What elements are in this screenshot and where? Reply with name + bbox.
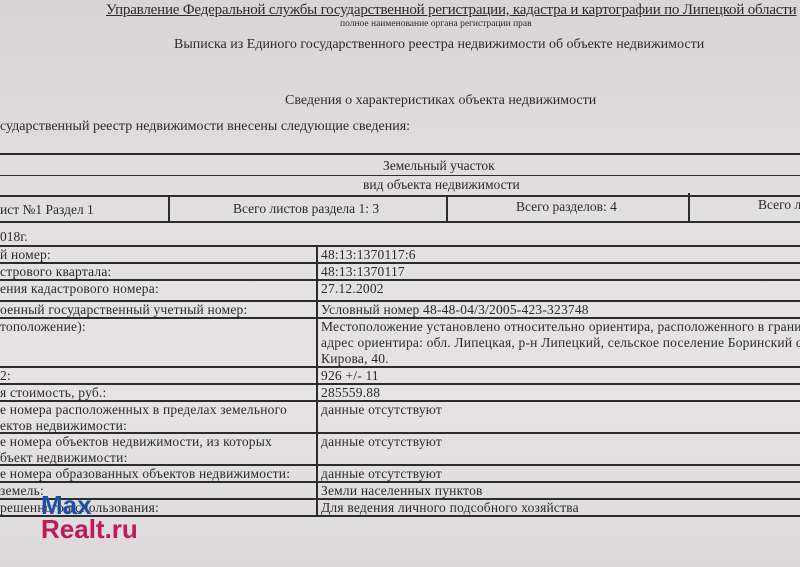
- watermark-logo: Max Realt.ru: [41, 493, 138, 541]
- row-value: Для ведения личного подсобного хозяйства: [321, 500, 579, 516]
- row-label: оенный государственный учетный номер:: [0, 302, 247, 318]
- section-title: Сведения о характеристиках объекта недви…: [285, 93, 596, 109]
- column-divider: [316, 400, 318, 432]
- agency-caption: полное наименование органа регистрации п…: [340, 19, 532, 29]
- column-divider: [316, 262, 318, 279]
- row-label: ения кадастрового номера:: [0, 281, 159, 297]
- column-divider: [316, 383, 318, 400]
- row-value: адрес ориентира: обл. Липецкая, р-н Липе…: [321, 335, 800, 351]
- row-label: 2:: [0, 368, 11, 384]
- row-label: й номер:: [0, 247, 51, 263]
- column-divider: [316, 481, 318, 498]
- row-label: тоположение):: [0, 319, 86, 335]
- sheet-number: ист №1 Раздел 1: [0, 202, 94, 218]
- row-value: Условный номер 48-48-04/3/2005-423-32374…: [321, 302, 589, 318]
- watermark-realt: Realt.ru: [41, 517, 138, 541]
- row-label: стрового квартала:: [0, 264, 112, 280]
- row-label: е номера образованных объектов недвижимо…: [0, 466, 290, 482]
- row-label: е номера расположенных в пределах земель…: [0, 402, 287, 418]
- row-value: данные отсутствуют: [321, 402, 442, 418]
- row-value: 48:13:1370117: [321, 264, 405, 280]
- column-divider: [316, 498, 318, 515]
- agency-name: Управление Федеральной службы государств…: [106, 2, 796, 19]
- date-fragment: 018г.: [0, 229, 28, 245]
- column-divider: [316, 300, 318, 317]
- column-divider: [316, 464, 318, 481]
- row-label: я стоимость, руб.:: [0, 385, 106, 401]
- row-value: данные отсутствуют: [321, 434, 442, 450]
- divider: [446, 195, 448, 222]
- divider: [168, 195, 170, 222]
- total-sheets: Всего л: [758, 197, 800, 213]
- row-divider: [0, 383, 800, 385]
- row-value: Кирова, 40.: [321, 351, 389, 367]
- column-divider: [316, 245, 318, 262]
- row-value: 285559.88: [321, 385, 380, 401]
- column-divider: [316, 279, 318, 300]
- object-type: Земельный участок: [383, 158, 495, 174]
- row-divider: [0, 366, 800, 368]
- row-value: Местоположение установлено относительно …: [321, 319, 800, 335]
- divider: [0, 175, 800, 176]
- divider: [0, 221, 800, 223]
- row-label: земель:: [0, 483, 44, 499]
- row-value: 926 +/- 11: [321, 368, 379, 384]
- total-sections: Всего разделов: 4: [516, 199, 617, 215]
- intro-text: сударственный реестр недвижимости внесен…: [0, 119, 410, 135]
- column-divider: [316, 366, 318, 383]
- column-divider: [316, 432, 318, 464]
- divider: [0, 153, 800, 155]
- divider: [0, 195, 800, 197]
- row-value: данные отсутствуют: [321, 466, 442, 482]
- column-divider: [316, 317, 318, 366]
- row-value: 48:13:1370117:6: [321, 247, 416, 263]
- row-value: 27.12.2002: [321, 281, 384, 297]
- divider: [688, 193, 690, 221]
- total-sheets-section: Всего листов раздела 1: 3: [233, 201, 379, 217]
- object-type-caption: вид объекта недвижимости: [363, 177, 520, 193]
- row-label: е номера объектов недвижимости, из котор…: [0, 434, 272, 450]
- row-value: Земли населенных пунктов: [321, 483, 483, 499]
- document-title: Выписка из Единого государственного реес…: [174, 37, 704, 53]
